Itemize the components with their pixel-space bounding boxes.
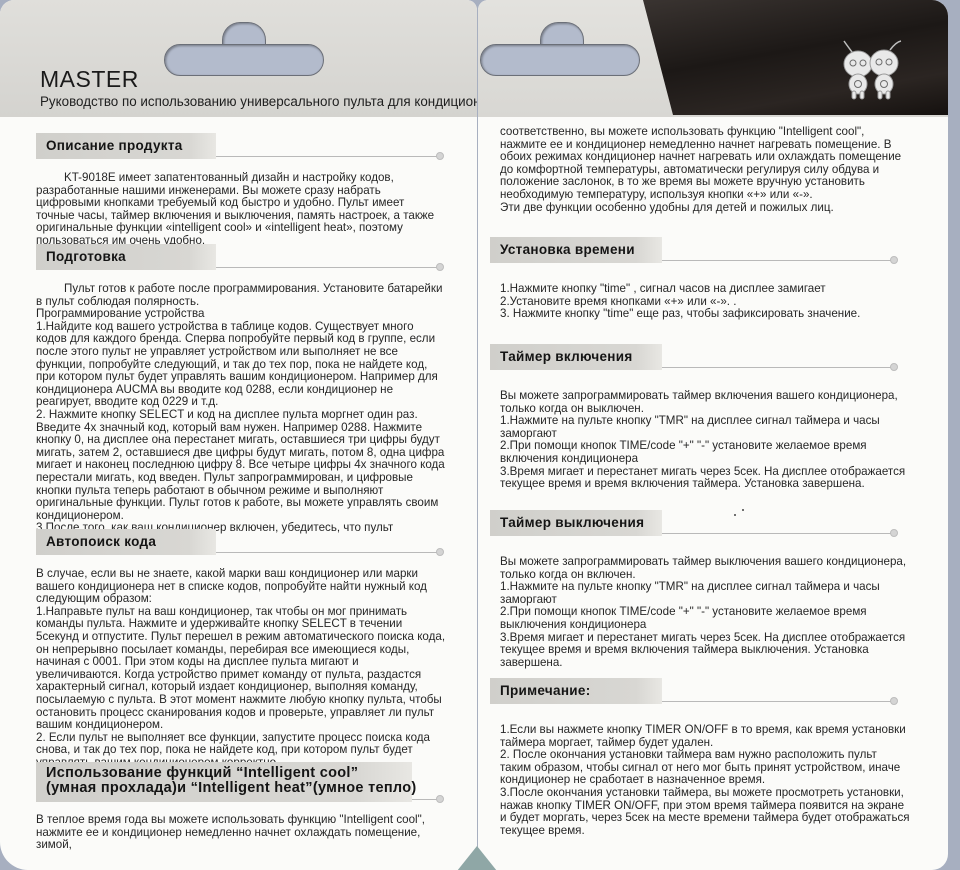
paragraph: 2. Нажмите кнопку SELECT и код на диспле…: [36, 409, 446, 522]
section-header: Подготовка: [36, 244, 436, 270]
section-product-description: Описание продукта KT-9018E имеет запатен…: [36, 133, 446, 248]
paragraph: 1.Если вы нажмете кнопку TIMER ON/OFF в …: [500, 724, 910, 749]
rule-end-dot-icon: [436, 548, 444, 556]
section-intelligent-functions: Использование функций “Intelligent cool”…: [36, 762, 446, 852]
right-leaflet-panel: соответственно, вы можете использовать ф…: [478, 0, 948, 870]
paragraph: соответственно, вы можете использовать ф…: [500, 126, 910, 202]
section-note: Примечание: 1.Если вы нажмете кнопку TIM…: [490, 678, 910, 837]
paragraph: 2.При помощи кнопок TIME/code "+" "-" ус…: [500, 606, 910, 631]
rule-end-dot-icon: [436, 263, 444, 271]
rule-end-dot-icon: [436, 152, 444, 160]
section-title: Установка времени: [500, 242, 635, 257]
left-leaflet-panel: MASTER Руководство по использованию унив…: [0, 0, 477, 870]
section-title: Описание продукта: [46, 138, 183, 153]
paragraph: В случае, если вы не знаете, какой марки…: [36, 568, 446, 606]
rule-end-dot-icon: [890, 363, 898, 371]
scan-speck: [742, 509, 744, 511]
paragraph: 3.Время мигает и перестанет мигать через…: [500, 466, 910, 491]
paragraph: 1.Нажмите на пульте кнопку "TMR" на дисп…: [500, 581, 910, 606]
intelligent-functions-continuation: соответственно, вы можете использовать ф…: [500, 126, 910, 214]
section-title: Подготовка: [46, 249, 126, 264]
section-timer-on: Таймер включения Вы можете запрограммиро…: [490, 344, 910, 491]
rule-end-dot-icon: [890, 529, 898, 537]
section-time-setting: Установка времени 1.Нажмите кнопку "time…: [490, 237, 910, 321]
paragraph: Эти две функции особенно удобны для дете…: [500, 202, 910, 215]
section-title: Примечание:: [500, 683, 591, 698]
section-header: Автопоиск кода: [36, 529, 436, 555]
section-title: Автопоиск кода: [46, 534, 156, 549]
scan-speck: [734, 514, 736, 516]
section-title: Таймер включения: [500, 349, 633, 364]
section-header: Использование функций “Intelligent cool”…: [36, 762, 436, 802]
paragraph: 3.После окончания установки таймера, вы …: [500, 787, 910, 837]
section-header: Примечание:: [490, 678, 890, 704]
paragraph: Пульт готов к работе после программирова…: [36, 283, 446, 308]
paragraph: KT-9018E имеет запатентованный дизайн и …: [36, 172, 446, 248]
paragraph: 1.Направьте пульт на ваш кондиционер, та…: [36, 606, 446, 732]
section-timer-off: Таймер выключения Вы можете запрограммир…: [490, 510, 910, 669]
rule-end-dot-icon: [890, 256, 898, 264]
manual-title: Руководство по использованию универсальн…: [40, 94, 477, 109]
paragraph: 2.При помощи кнопок TIME/code "+" "-" ус…: [500, 440, 910, 465]
section-title: Использование функций “Intelligent cool”…: [46, 766, 417, 796]
section-header: Установка времени: [490, 237, 890, 263]
paragraph: Вы можете запрограммировать таймер включ…: [500, 390, 910, 415]
brand-name: MASTER: [40, 66, 139, 93]
rule-end-dot-icon: [436, 795, 444, 803]
paragraph: В теплое время года вы можете использова…: [36, 814, 446, 852]
paragraph: 1.Найдите код вашего устройства в таблиц…: [36, 321, 446, 409]
section-header: Описание продукта: [36, 133, 436, 159]
paragraph: Вы можете запрограммировать таймер выклю…: [500, 556, 910, 581]
paragraph: 1.Нажмите на пульте кнопку "TMR" на дисп…: [500, 415, 910, 440]
paragraph: 3. Нажмите кнопку "time" еще раз, чтобы …: [500, 308, 910, 321]
section-preparation: Подготовка Пульт готов к работе после пр…: [36, 244, 446, 547]
section-header: Таймер выключения: [490, 510, 890, 536]
hanger-hole: [480, 44, 640, 76]
paragraph: 3.Время мигает и перестанет мигать через…: [500, 632, 910, 670]
rule-end-dot-icon: [890, 697, 898, 705]
section-auto-code-search: Автопоиск кода В случае, если вы не знае…: [36, 529, 446, 770]
paragraph: 2. После окончания установки таймера вам…: [500, 749, 910, 787]
hanger-hole: [164, 44, 324, 76]
paragraph: 1.Нажмите кнопку "time" , сигнал часов н…: [500, 283, 910, 296]
section-header: Таймер включения: [490, 344, 890, 370]
paragraph: Программирование устройства: [36, 308, 446, 321]
section-title: Таймер выключения: [500, 515, 644, 530]
twin-cartoon-mascots-icon: [838, 38, 908, 100]
